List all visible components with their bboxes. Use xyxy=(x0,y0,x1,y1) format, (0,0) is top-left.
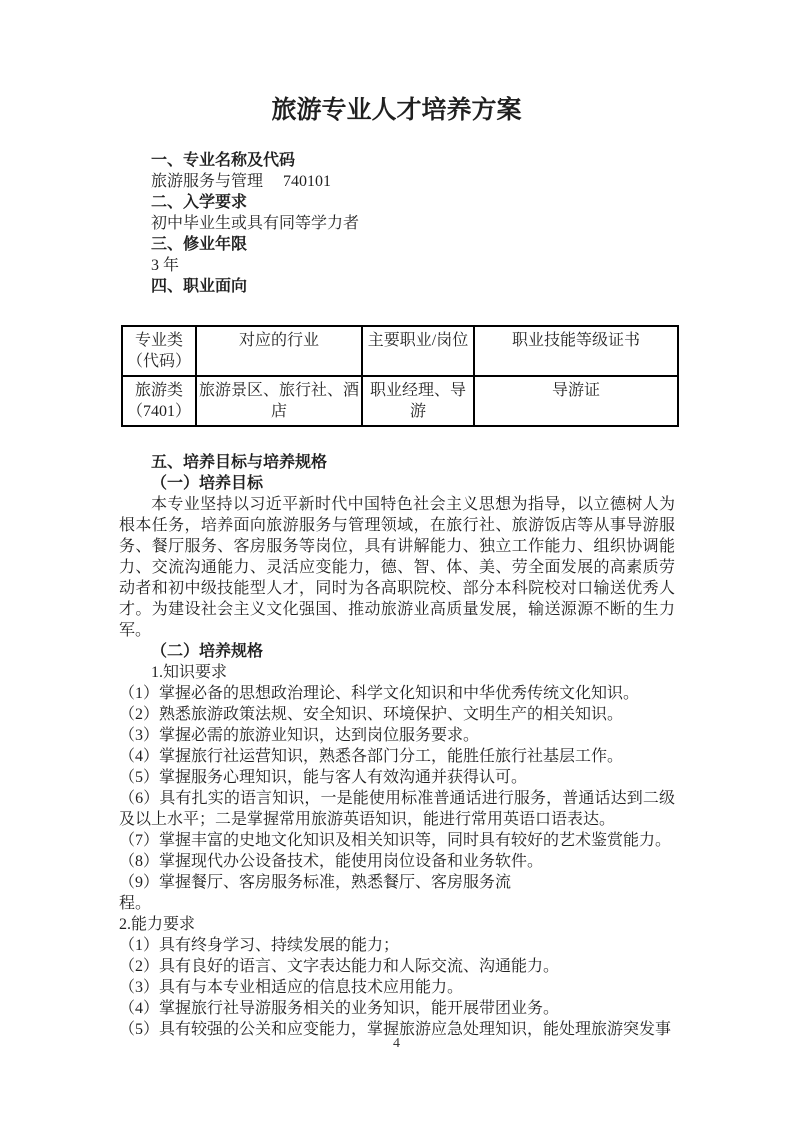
knowledge-item-2: （2）熟悉旅游政策法规、安全知识、环境保护、文明生产的相关知识。 xyxy=(119,704,675,725)
career-table-cell-position: 职业经理、导游 xyxy=(362,376,474,426)
training-goal-paragraph: 本专业坚持以习近平新时代中国特色社会主义思想为指导，以立德树人为根本任务，培养面… xyxy=(119,494,675,641)
section-2-body: 初中毕业生或具有同等学力者 xyxy=(119,213,675,234)
section-5-heading: 五、培养目标与培养规格 xyxy=(119,452,675,473)
knowledge-item-1: （1）掌握必备的思想政治理论、科学文化知识和中华优秀传统文化知识。 xyxy=(119,683,675,704)
ability-item-2: （2）具有良好的语言、文字表达能力和人际交流、沟通能力。 xyxy=(119,956,675,977)
document-title: 旅游专业人才培养方案 xyxy=(0,0,793,127)
section-1-heading: 一、专业名称及代码 xyxy=(119,150,675,171)
knowledge-item-3: （3）掌握必需的旅游业知识，达到岗位服务要求。 xyxy=(119,725,675,746)
career-table-header-row: 专业类 （代码） 对应的行业 主要职业/岗位 职业技能等级证书 xyxy=(122,326,678,376)
document-body: 一、专业名称及代码 旅游服务与管理 740101 二、入学要求 初中毕业生或具有… xyxy=(119,150,675,1040)
career-table-header-certificate: 职业技能等级证书 xyxy=(474,326,678,376)
ability-item-3: （3）具有与本专业相适应的信息技术应用能力。 xyxy=(119,977,675,998)
section-1-body: 旅游服务与管理 740101 xyxy=(119,171,675,192)
knowledge-item-8: （8）掌握现代办公设备技术，能使用岗位设备和业务软件。 xyxy=(119,851,675,872)
career-table-cell-major: 旅游类 （7401） xyxy=(122,376,196,426)
ability-item-1: （1）具有终身学习、持续发展的能力； xyxy=(119,935,675,956)
ability-requirements-heading: 2.能力要求 xyxy=(119,914,675,935)
knowledge-requirements-heading: 1.知识要求 xyxy=(119,662,675,683)
section-5-sub2-heading: （二）培养规格 xyxy=(119,641,675,662)
career-table-cell-industry: 旅游景区、旅行社、酒店 xyxy=(196,376,362,426)
page-number: 4 xyxy=(0,1036,793,1052)
knowledge-item-7: （7）掌握丰富的史地文化知识及相关知识等，同时具有较好的艺术鉴赏能力。 xyxy=(119,830,675,851)
knowledge-item-4: （4）掌握旅行社运营知识，熟悉各部门分工，能胜任旅行社基层工作。 xyxy=(119,746,675,767)
section-5-sub1-heading: （一）培养目标 xyxy=(119,473,675,494)
career-table-header-position: 主要职业/岗位 xyxy=(362,326,474,376)
ability-item-4: （4）掌握旅行社导游服务相关的业务知识，能开展带团业务。 xyxy=(119,998,675,1019)
section-3-body: 3 年 xyxy=(119,255,675,276)
career-table-header-industry: 对应的行业 xyxy=(196,326,362,376)
knowledge-item-5: （5）掌握服务心理知识，能与客人有效沟通并获得认可。 xyxy=(119,767,675,788)
knowledge-item-6: （6）具有扎实的语言知识，一是能使用标准普通话进行服务，普通话达到二级及以上水平… xyxy=(119,788,675,830)
career-table-data-row: 旅游类 （7401） 旅游景区、旅行社、酒店 职业经理、导游 导游证 xyxy=(122,376,678,426)
career-table: 专业类 （代码） 对应的行业 主要职业/岗位 职业技能等级证书 旅游类 （740… xyxy=(121,325,679,427)
section-3-heading: 三、修业年限 xyxy=(119,234,675,255)
section-2-heading: 二、入学要求 xyxy=(119,192,675,213)
section-4-heading: 四、职业面向 xyxy=(119,276,675,297)
knowledge-item-9: （9）掌握餐厅、客房服务标准，熟悉餐厅、客房服务流 程。 xyxy=(119,872,675,914)
career-table-header-major: 专业类 （代码） xyxy=(122,326,196,376)
career-table-cell-certificate: 导游证 xyxy=(474,376,678,426)
document-page: 旅游专业人才培养方案 一、专业名称及代码 旅游服务与管理 740101 二、入学… xyxy=(0,0,793,1122)
